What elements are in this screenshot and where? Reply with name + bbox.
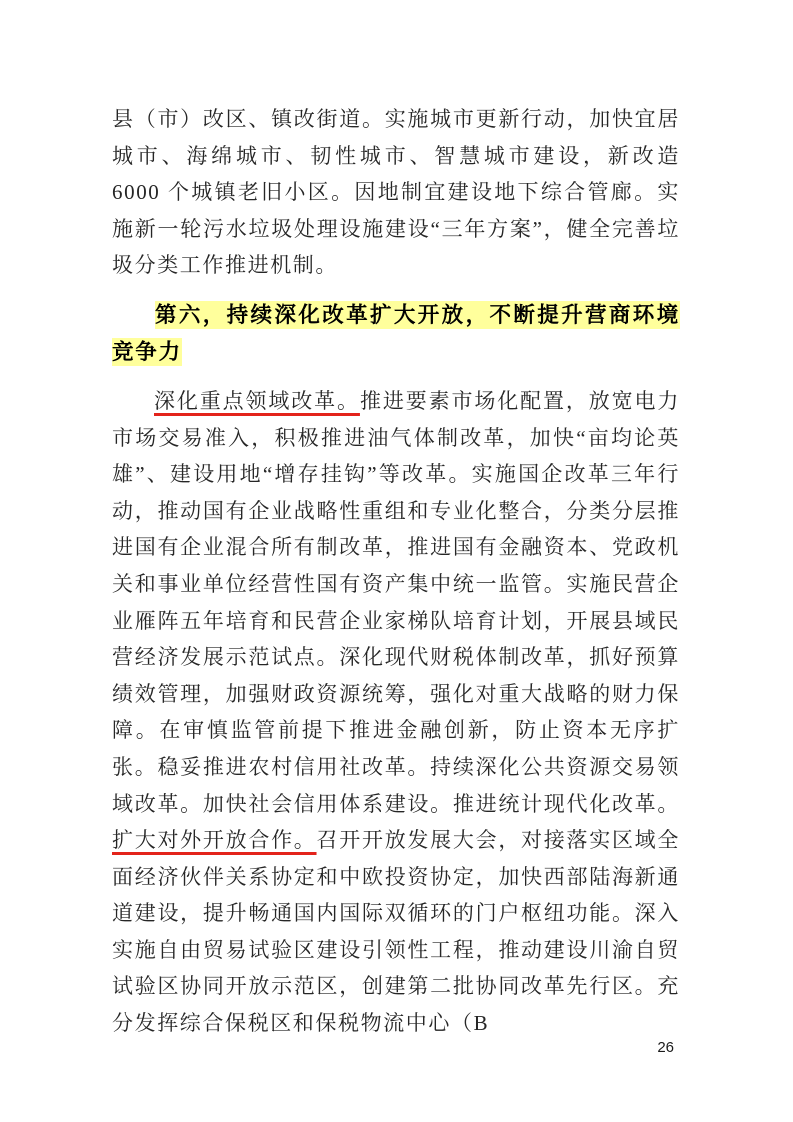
body-text-segment: 召开开放发展大会，对接落实区域全面经济伙伴关系协定和中欧投资协定，加快西部陆海新… — [112, 828, 680, 1035]
paragraph-continuation: 县（市）改区、镇改街道。实施城市更新行动，加快宜居城市、海绵城市、韧性城市、智慧… — [112, 101, 680, 284]
document-page: 县（市）改区、镇改街道。实施城市更新行动，加快宜居城市、海绵城市、韧性城市、智慧… — [0, 0, 793, 1122]
section-heading: 第六，持续深化改革扩大开放，不断提升营商环境竞争力 — [112, 297, 680, 371]
highlighted-heading-text: 第六，持续深化改革扩大开放，不断提升营商环境竞争力 — [112, 301, 680, 366]
underlined-phrase-deepen-reform: 深化重点领域改革。 — [154, 389, 360, 413]
page-number: 26 — [657, 1039, 674, 1056]
body-text-segment: 推进要素市场化配置，放宽电力市场交易准入，积极推进油气体制改革，加快“亩均论英雄… — [112, 389, 680, 816]
paragraph-body: 深化重点领域改革。推进要素市场化配置，放宽电力市场交易准入，积极推进油气体制改革… — [112, 383, 680, 1042]
underlined-phrase-expand-opening: 扩大对外开放合作。 — [112, 828, 317, 852]
text-block: 县（市）改区、镇改街道。实施城市更新行动，加快宜居城市、海绵城市、韧性城市、智慧… — [112, 101, 680, 1042]
